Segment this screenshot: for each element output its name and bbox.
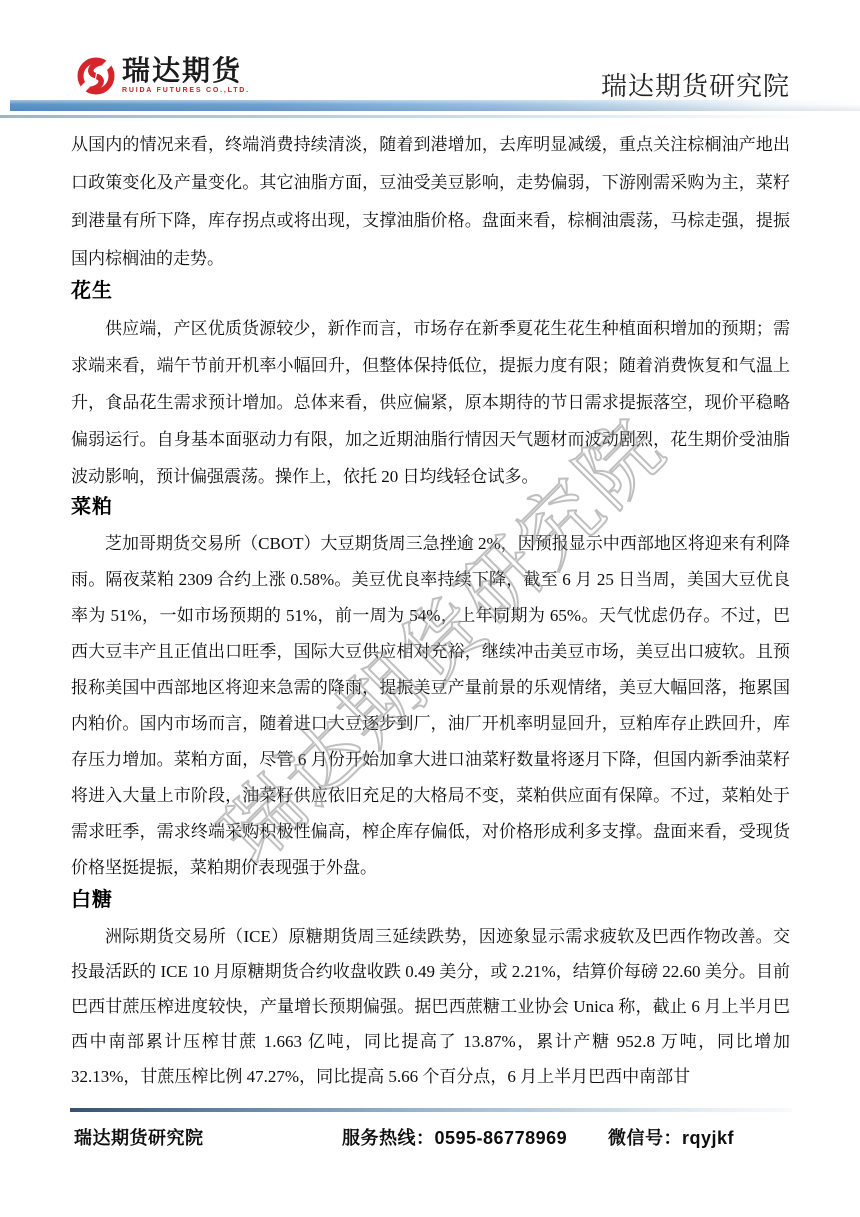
company-logo: 瑞达期货 RUIDA FUTURES CO.,LTD. xyxy=(76,56,250,96)
footer-hotline-label: 服务热线： xyxy=(342,1128,435,1148)
logo-text: 瑞达期货 RUIDA FUTURES CO.,LTD. xyxy=(122,56,250,94)
footer-wechat-label: 微信号： xyxy=(608,1128,682,1148)
paragraph-peanut: 供应端，产区优质货源较少，新作而言，市场存在新季夏花生花生种植面积增加的预期；需… xyxy=(71,310,790,495)
section-heading-rapeseed-meal: 菜粕 xyxy=(71,495,113,519)
brand-name-cn: 瑞达期货 xyxy=(122,56,250,86)
research-institute-title: 瑞达期货研究院 xyxy=(601,66,790,103)
section-heading-peanut: 花生 xyxy=(71,279,113,303)
brand-name-en: RUIDA FUTURES CO.,LTD. xyxy=(122,87,250,94)
paragraph-rapeseed-meal: 芝加哥期货交易所（CBOT）大豆期货周三急挫逾 2%，因预报显示中西部地区将迎来… xyxy=(71,526,790,886)
paragraph-oils-market: 从国内的情况来看，终端消费持续清淡，随着到港增加，去库明显减缓，重点关注棕榈油产… xyxy=(71,126,790,278)
ruida-logo-icon xyxy=(76,56,116,96)
document-page: 瑞达期货 RUIDA FUTURES CO.,LTD. 瑞达期货研究院 瑞达期货… xyxy=(0,0,860,1217)
footer-wechat-id: rqyjkf xyxy=(682,1128,734,1148)
footer-divider-line xyxy=(70,1108,792,1112)
header-divider-line xyxy=(0,115,860,118)
footer-hotline-number: 0595-86778969 xyxy=(435,1128,568,1148)
footer-wechat: 微信号：rqyjkf xyxy=(608,1124,734,1150)
paragraph-sugar: 洲际期货交易所（ICE）原糖期货周三延续跌势，因迹象显示需求疲软及巴西作物改善。… xyxy=(71,919,790,1094)
footer-org-name: 瑞达期货研究院 xyxy=(74,1124,204,1150)
header-divider-bar xyxy=(10,100,860,111)
section-heading-sugar: 白糖 xyxy=(71,888,113,912)
footer-hotline: 服务热线：0595-86778969 xyxy=(342,1124,567,1150)
